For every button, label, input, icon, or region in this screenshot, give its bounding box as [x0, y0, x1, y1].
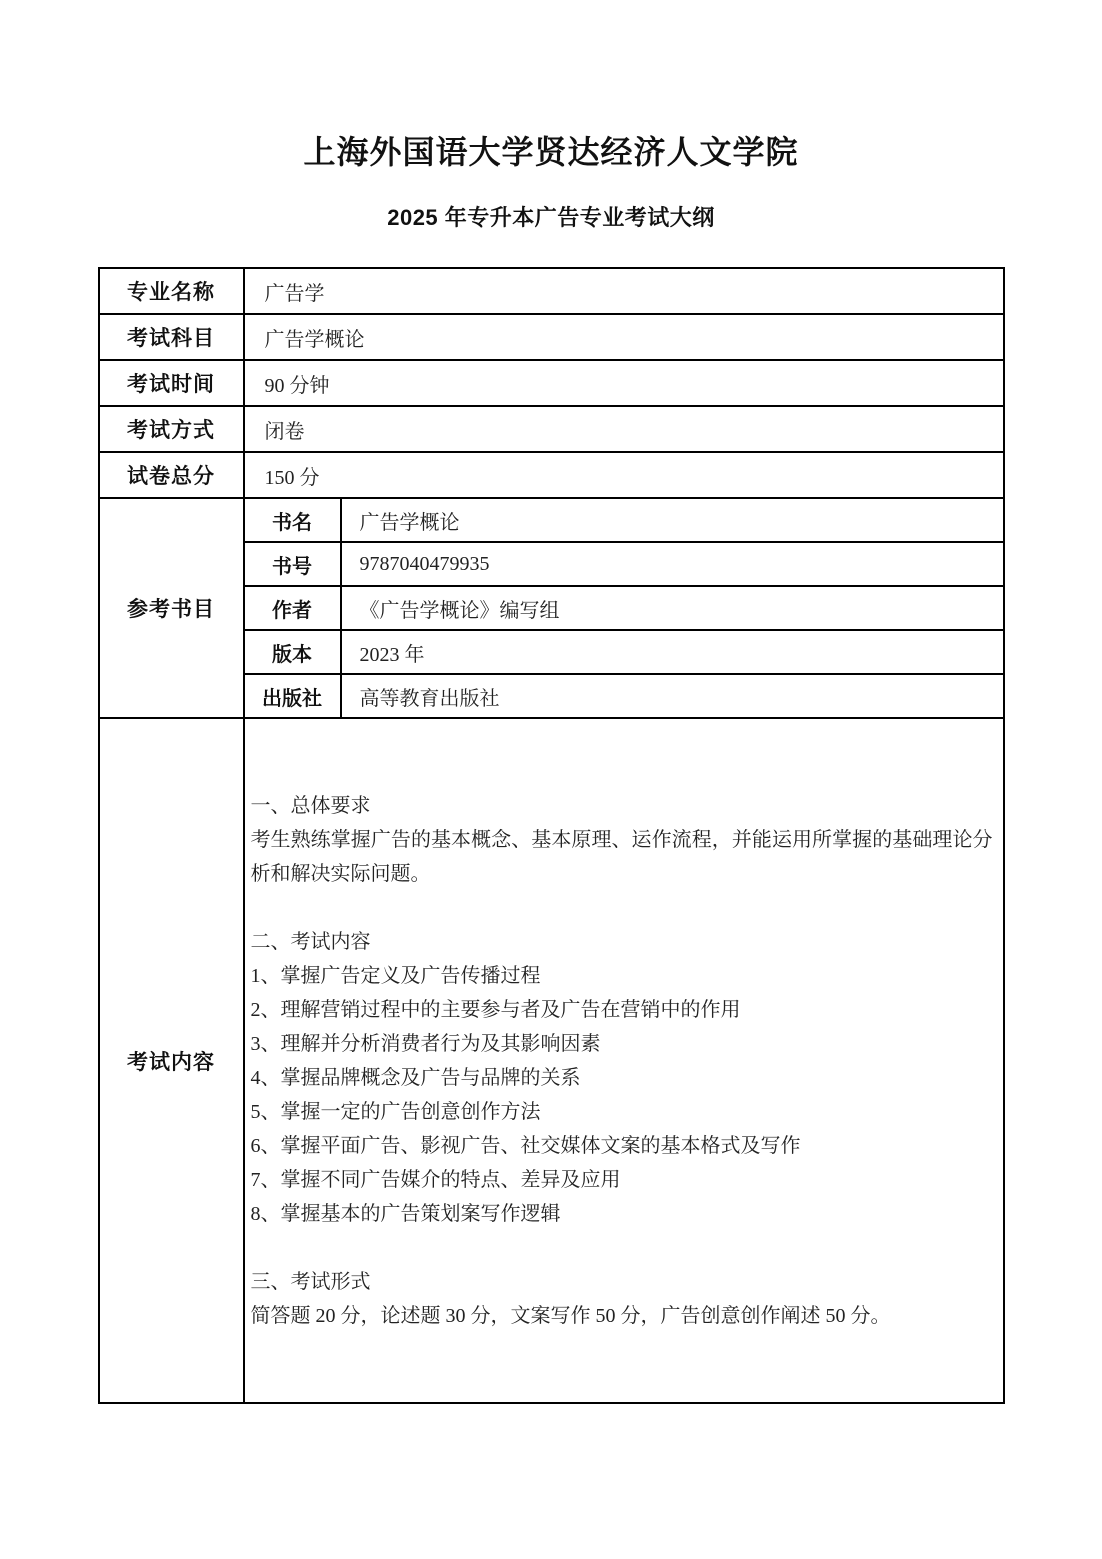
book-publisher-label: 出版社	[244, 674, 341, 718]
table-row: 考试科目 广告学概论	[99, 314, 1004, 360]
table-row: 参考书目 书名 广告学概论	[99, 498, 1004, 542]
exam-subject-label: 考试科目	[99, 314, 244, 360]
section1-body: 考生熟练掌握广告的基本概念、基本原理、运作流程，并能运用所掌握的基础理论分析和解…	[251, 823, 993, 891]
book-title-value: 广告学概论	[341, 498, 1004, 542]
content-item-1: 1、掌握广告定义及广告传播过程	[251, 959, 993, 993]
book-author-label: 作者	[244, 586, 341, 630]
exam-content-block: 一、总体要求 考生熟练掌握广告的基本概念、基本原理、运作流程，并能运用所掌握的基…	[251, 789, 993, 1333]
major-name-label: 专业名称	[99, 268, 244, 314]
section1-heading: 一、总体要求	[251, 789, 993, 823]
book-isbn-label: 书号	[244, 542, 341, 586]
content-item-3: 3、理解并分析消费者行为及其影响因素	[251, 1027, 993, 1061]
page-title: 上海外国语大学贤达经济人文学院	[0, 0, 1102, 171]
table-row: 考试内容 一、总体要求 考生熟练掌握广告的基本概念、基本原理、运作流程，并能运用…	[99, 718, 1004, 1403]
table-row: 试卷总分 150 分	[99, 452, 1004, 498]
section2-heading: 二、考试内容	[251, 925, 993, 959]
page-subtitle: 2025 年专升本广告专业考试大纲	[0, 205, 1102, 231]
content-item-8: 8、掌握基本的广告策划案写作逻辑	[251, 1197, 993, 1231]
spacer-line	[251, 1231, 993, 1265]
section3-body: 简答题 20 分，论述题 30 分，文案写作 50 分，广告创意创作阐述 50 …	[251, 1299, 993, 1333]
total-score-label: 试卷总分	[99, 452, 244, 498]
content-item-2: 2、理解营销过程中的主要参与者及广告在营销中的作用	[251, 993, 993, 1027]
content-item-5: 5、掌握一定的广告创意创作方法	[251, 1095, 993, 1129]
syllabus-table: 专业名称 广告学 考试科目 广告学概论 考试时间 90 分钟 考试方式 闭卷 试…	[98, 267, 1005, 1404]
major-name-value: 广告学	[244, 268, 1004, 314]
content-item-6: 6、掌握平面广告、影视广告、社交媒体文案的基本格式及写作	[251, 1129, 993, 1163]
content-item-7: 7、掌握不同广告媒介的特点、差异及应用	[251, 1163, 993, 1197]
exam-content-label: 考试内容	[99, 718, 244, 1403]
exam-method-label: 考试方式	[99, 406, 244, 452]
exam-content-cell: 一、总体要求 考生熟练掌握广告的基本概念、基本原理、运作流程，并能运用所掌握的基…	[244, 718, 1004, 1403]
book-edition-label: 版本	[244, 630, 341, 674]
book-title-label: 书名	[244, 498, 341, 542]
book-publisher-value: 高等教育出版社	[341, 674, 1004, 718]
exam-duration-label: 考试时间	[99, 360, 244, 406]
book-author-value: 《广告学概论》编写组	[341, 586, 1004, 630]
exam-method-value: 闭卷	[244, 406, 1004, 452]
book-edition-value: 2023 年	[341, 630, 1004, 674]
total-score-value: 150 分	[244, 452, 1004, 498]
table-row: 专业名称 广告学	[99, 268, 1004, 314]
exam-subject-value: 广告学概论	[244, 314, 1004, 360]
reference-books-label: 参考书目	[99, 498, 244, 718]
section3-heading: 三、考试形式	[251, 1265, 993, 1299]
content-item-4: 4、掌握品牌概念及广告与品牌的关系	[251, 1061, 993, 1095]
book-isbn-value: 9787040479935	[341, 542, 1004, 586]
spacer-line	[251, 891, 993, 925]
table-row: 考试方式 闭卷	[99, 406, 1004, 452]
exam-duration-value: 90 分钟	[244, 360, 1004, 406]
exam-syllabus-document: { "document": { "title": "上海外国语大学贤达经济人文学…	[0, 0, 1102, 1559]
table-row: 考试时间 90 分钟	[99, 360, 1004, 406]
